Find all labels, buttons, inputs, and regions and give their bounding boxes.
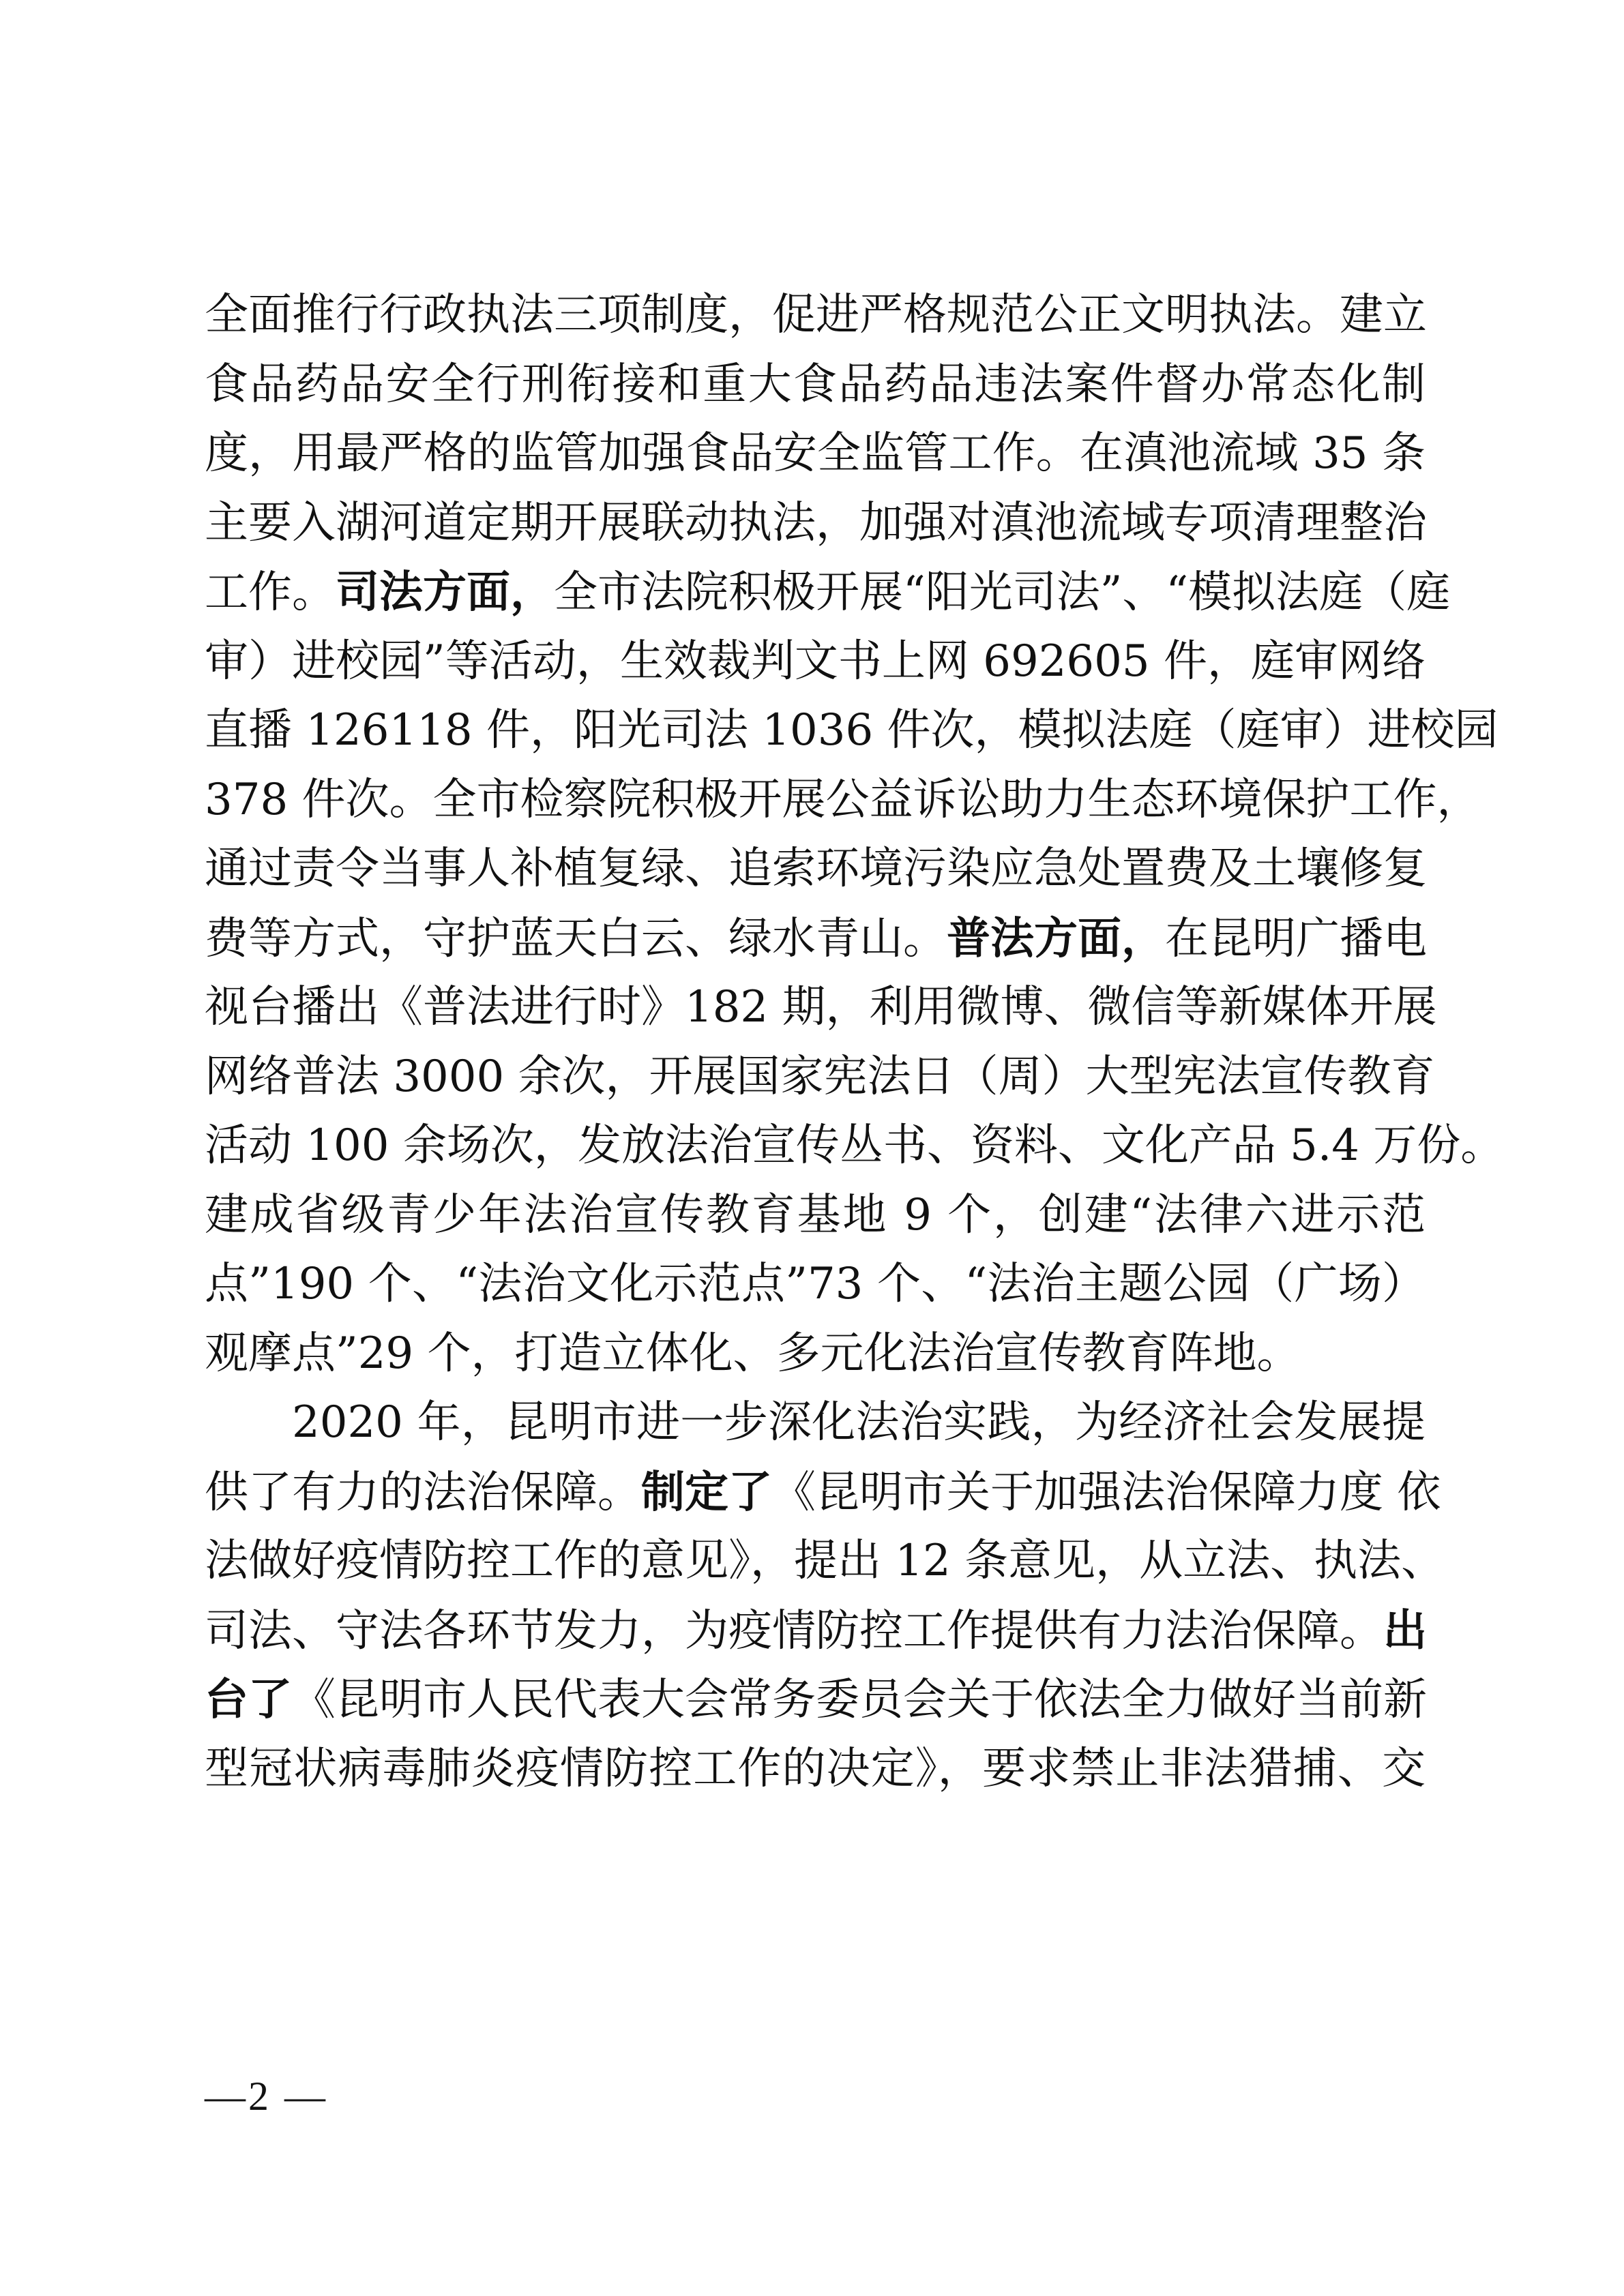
page-number: —2 —: [205, 2073, 328, 2120]
paragraph: 2020 年，昆明市进一步深化法治实践，为经济社会发展提供了有力的法治保障。制定…: [205, 1388, 1426, 1804]
text-line: 费等方式，守护蓝天白云、绿水青山。普法方面，在昆明广播电: [205, 904, 1426, 974]
text-run: 观摩点”29 个，打造立体化、多元化法治宣传教育阵地。: [205, 1328, 1301, 1379]
text-run: 378 件次。全市检察院积极开展公益诉讼助力生态环境保护工作，: [205, 775, 1481, 825]
text-line: 司法、守法各环节发力，为疫情防控工作提供有力法治保障。出: [205, 1596, 1426, 1666]
bold-heading-text: 台了: [205, 1674, 292, 1725]
text-run: 网络普法 3000 余次，开展国家宪法日（周）大型宪法宣传教育: [205, 1052, 1435, 1102]
text-line: 建成省级青少年法治宣传教育基地 9 个，创建“法律六进示范: [205, 1181, 1426, 1251]
text-line: 网络普法 3000 余次，开展国家宪法日（周）大型宪法宣传教育: [205, 1043, 1426, 1112]
text-line: 全面推行行政执法三项制度，促进严格规范公正文明执法。建立: [205, 281, 1426, 351]
text-run: 活动 100 余场次，发放法治宣传丛书、资料、文化产品 5.4 万份。: [205, 1120, 1504, 1171]
text-line: 度，用最严格的监管加强食品安全监管工作。在滇池流域 35 条: [205, 419, 1426, 489]
text-line: 视台播出《普法进行时》182 期，利用微博、微信等新媒体开展: [205, 973, 1426, 1043]
text-run: 点”190 个、“法治文化示范点”73 个、“法治主题公园（广场）: [205, 1259, 1426, 1309]
text-run: 工作。: [205, 567, 336, 618]
text-line: 主要入湖河道定期开展联动执法，加强对滇池流域专项清理整治: [205, 489, 1426, 558]
document-body: 全面推行行政执法三项制度，促进严格规范公正文明执法。建立食品药品安全行刑衔接和重…: [205, 281, 1426, 1804]
text-line: 2020 年，昆明市进一步深化法治实践，为经济社会发展提: [205, 1388, 1426, 1458]
text-line: 食品药品安全行刑衔接和重大食品药品违法案件督办常态化制: [205, 351, 1426, 420]
text-line: 工作。司法方面，全市法院积极开展“阳光司法”、“模拟法庭（庭: [205, 558, 1426, 627]
text-run: 法做好疫情防控工作的意见》，提出 12 条意见，从立法、执法、: [205, 1536, 1445, 1586]
text-line: 点”190 个、“法治文化示范点”73 个、“法治主题公园（广场）: [205, 1250, 1426, 1320]
text-run: 费等方式，守护蓝天白云、绿水青山。: [205, 914, 947, 964]
text-line: 供了有力的法治保障。制定了《昆明市关于加强法治保障力度 依: [205, 1458, 1426, 1527]
text-run: 全市法院积极开展“阳光司法”、“模拟法庭（庭: [554, 567, 1450, 618]
text-run: 食品药品安全行刑衔接和重大食品药品违法案件督办常态化制: [205, 359, 1426, 410]
text-line: 台了《昆明市人民代表大会常务委员会关于依法全力做好当前新: [205, 1665, 1426, 1735]
text-run: 建成省级青少年法治宣传教育基地 9 个，创建“法律六进示范: [205, 1190, 1426, 1240]
text-run: 度，用最严格的监管加强食品安全监管工作。在滇池流域 35 条: [205, 428, 1426, 479]
text-run: 2020 年，昆明市进一步深化法治实践，为经济社会发展提: [292, 1397, 1426, 1448]
text-line: 直播 126118 件，阳光司法 1036 件次，模拟法庭（庭审）进校园: [205, 696, 1426, 766]
text-run: 审）进校园”等活动，生效裁判文书上网 692605 件，庭审网络: [205, 636, 1426, 687]
text-line: 法做好疫情防控工作的意见》，提出 12 条意见，从立法、执法、: [205, 1527, 1426, 1596]
text-line: 观摩点”29 个，打造立体化、多元化法治宣传教育阵地。: [205, 1320, 1426, 1389]
bold-heading-text: 普法方面，: [947, 913, 1165, 964]
text-run: 型冠状病毒肺炎疫情防控工作的决定》，要求禁止非法猎捕、交: [205, 1744, 1426, 1794]
bold-heading-text: 司法方面，: [336, 567, 554, 618]
text-run: 司法、守法各环节发力，为疫情防控工作提供有力法治保障。: [205, 1606, 1383, 1656]
text-line: 通过责令当事人补植复绿、追索环境污染应急处置费及土壤修复: [205, 835, 1426, 904]
text-run: 通过责令当事人补植复绿、追索环境污染应急处置费及土壤修复: [205, 844, 1427, 894]
text-run: 供了有力的法治保障。: [205, 1467, 641, 1518]
document-page: 全面推行行政执法三项制度，促进严格规范公正文明执法。建立食品药品安全行刑衔接和重…: [0, 0, 1624, 2296]
text-run: 《昆明市关于加强法治保障力度 依: [772, 1467, 1441, 1518]
text-run: 全面推行行政执法三项制度，促进严格规范公正文明执法。建立: [205, 290, 1427, 340]
text-line: 型冠状病毒肺炎疫情防控工作的决定》，要求禁止非法猎捕、交: [205, 1735, 1426, 1804]
paragraph: 全面推行行政执法三项制度，促进严格规范公正文明执法。建立食品药品安全行刑衔接和重…: [205, 281, 1426, 1388]
text-run: 在昆明广播电: [1165, 914, 1427, 964]
bold-heading-text: 制定了: [641, 1467, 772, 1518]
text-run: 主要入湖河道定期开展联动执法，加强对滇池流域专项清理整治: [205, 498, 1427, 548]
text-run: 直播 126118 件，阳光司法 1036 件次，模拟法庭（庭审）进校园: [205, 705, 1498, 756]
text-run: 《昆明市人民代表大会常务委员会关于依法全力做好当前新: [292, 1675, 1427, 1725]
text-line: 378 件次。全市检察院积极开展公益诉讼助力生态环境保护工作，: [205, 766, 1426, 835]
text-line: 活动 100 余场次，发放法治宣传丛书、资料、文化产品 5.4 万份。: [205, 1112, 1426, 1181]
bold-heading-text: 出: [1383, 1605, 1427, 1656]
text-run: 视台播出《普法进行时》182 期，利用微博、微信等新媒体开展: [205, 982, 1437, 1032]
text-line: 审）进校园”等活动，生效裁判文书上网 692605 件，庭审网络: [205, 627, 1426, 697]
